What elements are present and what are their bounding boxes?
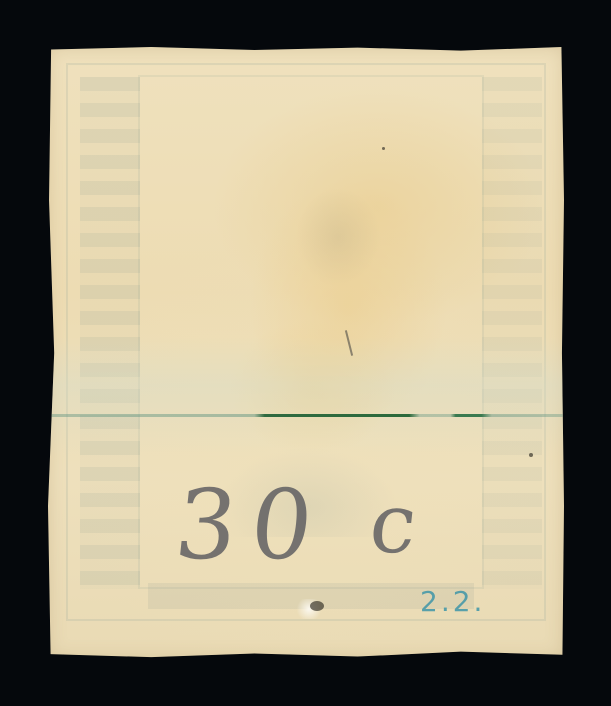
pencil-unit: c [366, 484, 435, 566]
pencil-annotation: 30c [171, 477, 435, 573]
green-ink-line [48, 414, 564, 417]
ghost-right-text-band [482, 77, 542, 589]
blue-pencil-mark: 2.2. [420, 585, 485, 618]
stamp-reverse: 30c 2.2. [48, 47, 564, 659]
dirt-speck [382, 147, 385, 150]
dirt-speck [310, 601, 324, 611]
dirt-speck [529, 453, 533, 457]
paper-tone-wash [48, 337, 564, 457]
pencil-value: 30 [171, 477, 331, 573]
ghost-left-text-band [80, 77, 140, 589]
